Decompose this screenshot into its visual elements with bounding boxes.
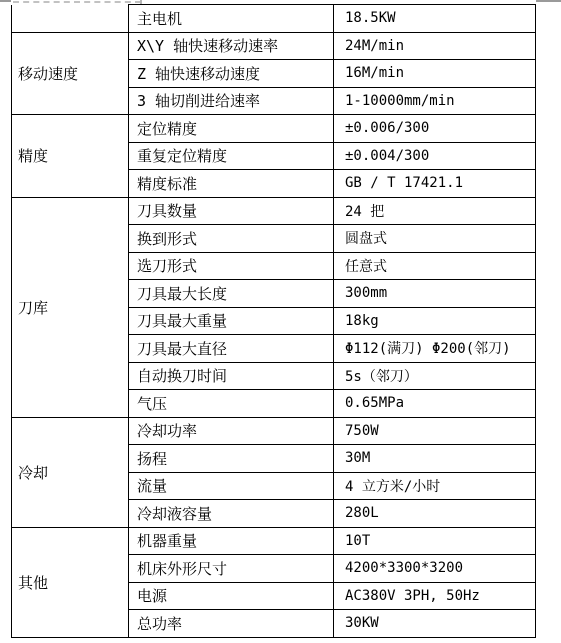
param-value-cell: 5s（邻刀） [334,362,536,390]
param-label-cell: 选刀形式 [129,252,334,280]
param-value-cell: 30KW [334,610,536,638]
param-value-cell: 18kg [334,307,536,335]
category-cell: 移动速度 [12,32,129,115]
param-value-cell: Φ112(满刀) Φ200(邻刀) [334,335,536,363]
param-label-cell: X\Y 轴快速移动速率 [129,32,334,60]
param-value-cell: 10T [334,527,536,555]
param-label-cell: 冷却液容量 [129,500,334,528]
param-label-cell: 冷却功率 [129,417,334,445]
param-value-cell: 300mm [334,280,536,308]
param-label-cell: 电源 [129,582,334,610]
param-label-cell: 刀具最大长度 [129,280,334,308]
param-label-cell: 3 轴切削进给速率 [129,87,334,115]
param-value-cell: 16M/min [334,60,536,88]
crop-artifact-line-right [536,0,561,2]
table-row: 其他 机器重量 10T [12,527,536,555]
param-label-cell: 扬程 [129,445,334,473]
table-row: 移动速度 X\Y 轴快速移动速率 24M/min [12,32,536,60]
param-label-cell: 总功率 [129,610,334,638]
crop-artifact-line-left [0,0,11,2]
param-label-cell: 刀具最大直径 [129,335,334,363]
param-label-cell: 刀具数量 [129,197,334,225]
param-label-cell: 流量 [129,472,334,500]
param-value-cell: 750W [334,417,536,445]
category-cell: 冷却 [12,417,129,527]
category-cell: 刀库 [12,197,129,417]
param-label-cell: 刀具最大重量 [129,307,334,335]
param-label-cell: 机床外形尺寸 [129,555,334,583]
param-label-cell: 换到形式 [129,225,334,253]
spec-sheet-page: 主电机 18.5KW 移动速度 X\Y 轴快速移动速率 24M/min Z 轴快… [0,0,561,643]
crop-artifact-dashed-line [13,1,141,3]
param-value-cell: 24M/min [334,32,536,60]
category-cell: 精度 [12,115,129,198]
param-label-cell: 重复定位精度 [129,142,334,170]
machine-spec-table: 主电机 18.5KW 移动速度 X\Y 轴快速移动速率 24M/min Z 轴快… [11,4,536,638]
param-value-cell: 4200*3300*3200 [334,555,536,583]
param-value-cell: 0.65MPa [334,390,536,418]
table-row: 主电机 18.5KW [12,5,536,33]
param-label-cell: 自动换刀时间 [129,362,334,390]
param-value-cell: 24 把 [334,197,536,225]
param-value-cell: 4 立方米/小时 [334,472,536,500]
param-label-cell: 定位精度 [129,115,334,143]
param-value-cell: 280L [334,500,536,528]
param-value-cell: 18.5KW [334,5,536,33]
param-value-cell: 1-10000mm/min [334,87,536,115]
category-cell [12,5,129,33]
param-label-cell: 主电机 [129,5,334,33]
param-value-cell: ±0.006/300 [334,115,536,143]
param-label-cell: 机器重量 [129,527,334,555]
param-label-cell: 精度标准 [129,170,334,198]
category-cell: 其他 [12,527,129,637]
table-row: 精度 定位精度 ±0.006/300 [12,115,536,143]
param-value-cell: ±0.004/300 [334,142,536,170]
param-value-cell: 圆盘式 [334,225,536,253]
param-value-cell: GB / T 17421.1 [334,170,536,198]
param-value-cell: 30M [334,445,536,473]
param-value-cell: AC380V 3PH, 50Hz [334,582,536,610]
param-label-cell: 气压 [129,390,334,418]
table-row: 刀库 刀具数量 24 把 [12,197,536,225]
table-row: 冷却 冷却功率 750W [12,417,536,445]
param-value-cell: 任意式 [334,252,536,280]
param-label-cell: Z 轴快速移动速度 [129,60,334,88]
